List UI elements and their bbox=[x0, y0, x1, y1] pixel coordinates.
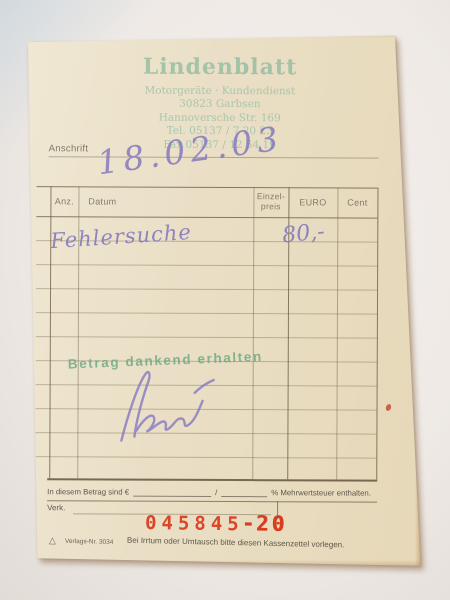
handwritten-item: Fehlersuche bbox=[50, 220, 193, 253]
receipt-number-main: 045845 bbox=[145, 512, 244, 535]
anschrift-label: Anschrift bbox=[49, 143, 89, 154]
receipt-content: Lindenblatt Motorgeräte · Kundendienst 3… bbox=[23, 32, 423, 570]
address-line-city: 30823 Garbsen bbox=[85, 98, 355, 113]
column-header-einzelpreis: Einzel- preis bbox=[253, 192, 288, 211]
company-name: Lindenblatt bbox=[120, 54, 320, 81]
verlag-number: Verlags-Nr. 3034 bbox=[65, 538, 114, 546]
receipt-paper: Lindenblatt Motorgeräte · Kundendienst 3… bbox=[24, 33, 422, 569]
footer-rule bbox=[47, 500, 377, 502]
column-header-cent: Cent bbox=[337, 197, 377, 207]
vat-blank-amount bbox=[133, 489, 211, 497]
receipt-number-suffix: 20 bbox=[256, 511, 288, 535]
column-divider-euro bbox=[336, 187, 338, 479]
receipt-number: 045845-20 bbox=[145, 510, 288, 537]
vat-prefix: In diesem Betrag sind € bbox=[47, 487, 129, 496]
address-line-street: Hannoversche Str. 169 bbox=[85, 111, 355, 126]
table-row-line bbox=[36, 264, 377, 266]
receipt-number-separator: - bbox=[242, 511, 256, 536]
table-row-line bbox=[35, 456, 376, 458]
table-top-line bbox=[36, 186, 377, 188]
column-header-datum: Datum bbox=[88, 196, 116, 206]
address-line-business: Motorgeräte · Kundendienst bbox=[85, 84, 355, 99]
signature-scribble bbox=[105, 368, 255, 447]
verk-label: Verk. bbox=[47, 503, 65, 512]
vat-statement: In diesem Betrag sind € / % Mehrwertsteu… bbox=[47, 487, 377, 497]
vat-suffix: % Mehrwertsteuer enthalten. bbox=[271, 488, 371, 497]
table-bottom-line bbox=[47, 478, 377, 481]
table-header-line bbox=[36, 216, 377, 218]
table-row-line bbox=[36, 336, 377, 338]
table-right-border bbox=[376, 188, 378, 480]
column-header-anz: Anz. bbox=[50, 196, 78, 206]
receipt-paper-wrap: Lindenblatt Motorgeräte · Kundendienst 3… bbox=[0, 0, 450, 600]
exchange-notice: Bei Irrtum oder Umtausch bitte diesen Ka… bbox=[127, 536, 345, 550]
table-row-line bbox=[36, 312, 377, 314]
printer-triangle-icon: △ bbox=[49, 535, 56, 546]
photo-background: Lindenblatt Motorgeräte · Kundendienst 3… bbox=[0, 0, 450, 600]
vat-slash: / bbox=[215, 488, 217, 497]
handwritten-amount: 80,- bbox=[281, 219, 326, 248]
column-header-euro: EURO bbox=[288, 197, 337, 207]
vat-blank-percent bbox=[221, 489, 267, 497]
table-row-line bbox=[36, 288, 377, 290]
